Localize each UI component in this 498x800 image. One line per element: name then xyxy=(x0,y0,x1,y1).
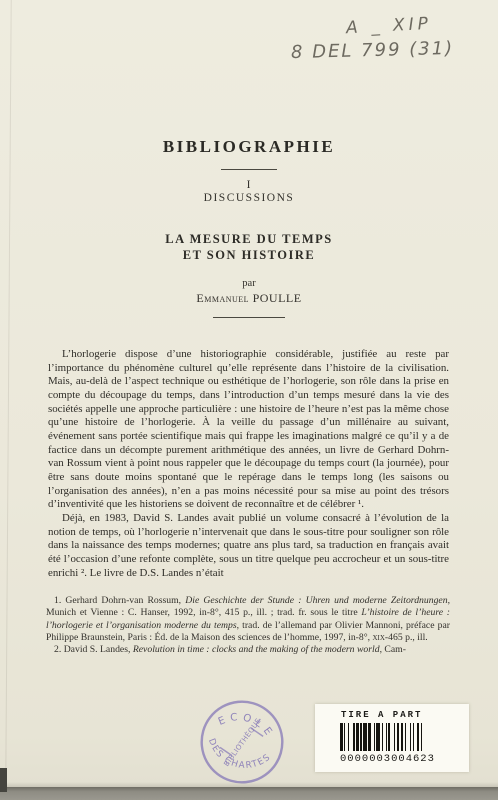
library-stamp-icon: ECOLE DES CHARTES BIBLIOTHÈQUE xyxy=(197,696,287,788)
tirage-label: TIRE A PART 0000003004623 xyxy=(315,704,469,772)
scan-bottom-edge xyxy=(0,787,498,800)
barcode-number: 0000003004623 xyxy=(340,753,435,765)
body-text: L’horlogerie dispose d’une historiograph… xyxy=(48,348,449,580)
scanned-document-page: A _ XIP 8 DEL 799 (31) BIBLIOGRAPHIE I D… xyxy=(0,0,498,800)
barcode-bar xyxy=(422,723,425,751)
scan-edge-notch xyxy=(0,768,7,792)
handwritten-note-1: A _ XIP xyxy=(346,14,433,38)
section-title: DISCUSSIONS xyxy=(0,192,498,204)
handwritten-note-2: 8 DEL 799 (31) xyxy=(291,38,455,63)
page-title: BIBLIOGRAPHIE xyxy=(0,137,498,157)
byline-prefix: par xyxy=(0,278,498,289)
label-title: TIRE A PART xyxy=(341,710,422,720)
article-title-line2: ET SON HISTOIRE xyxy=(0,248,498,263)
footnote: 2. David S. Landes, Revolution in time :… xyxy=(46,644,450,656)
paper-crease xyxy=(5,0,11,780)
body-paragraph-2: Déjà, en 1983, David S. Landes avait pub… xyxy=(48,512,449,580)
article-title-line1: LA MESURE DU TEMPS xyxy=(0,232,498,247)
author-divider xyxy=(213,317,285,318)
barcode-icon xyxy=(340,723,458,751)
footnote: 1. Gerhard Dohrn-van Rossum, Die Geschic… xyxy=(46,595,450,644)
section-number: I xyxy=(0,179,498,191)
title-divider xyxy=(221,169,277,170)
body-paragraph-1: L’horlogerie dispose d’une historiograph… xyxy=(48,348,449,512)
author-first-name: Emmanuel xyxy=(196,291,249,305)
footnotes: 1. Gerhard Dohrn-van Rossum, Die Geschic… xyxy=(46,595,450,656)
author-name: Emmanuel POULLE xyxy=(0,291,498,306)
author-last-name: POULLE xyxy=(253,291,302,305)
